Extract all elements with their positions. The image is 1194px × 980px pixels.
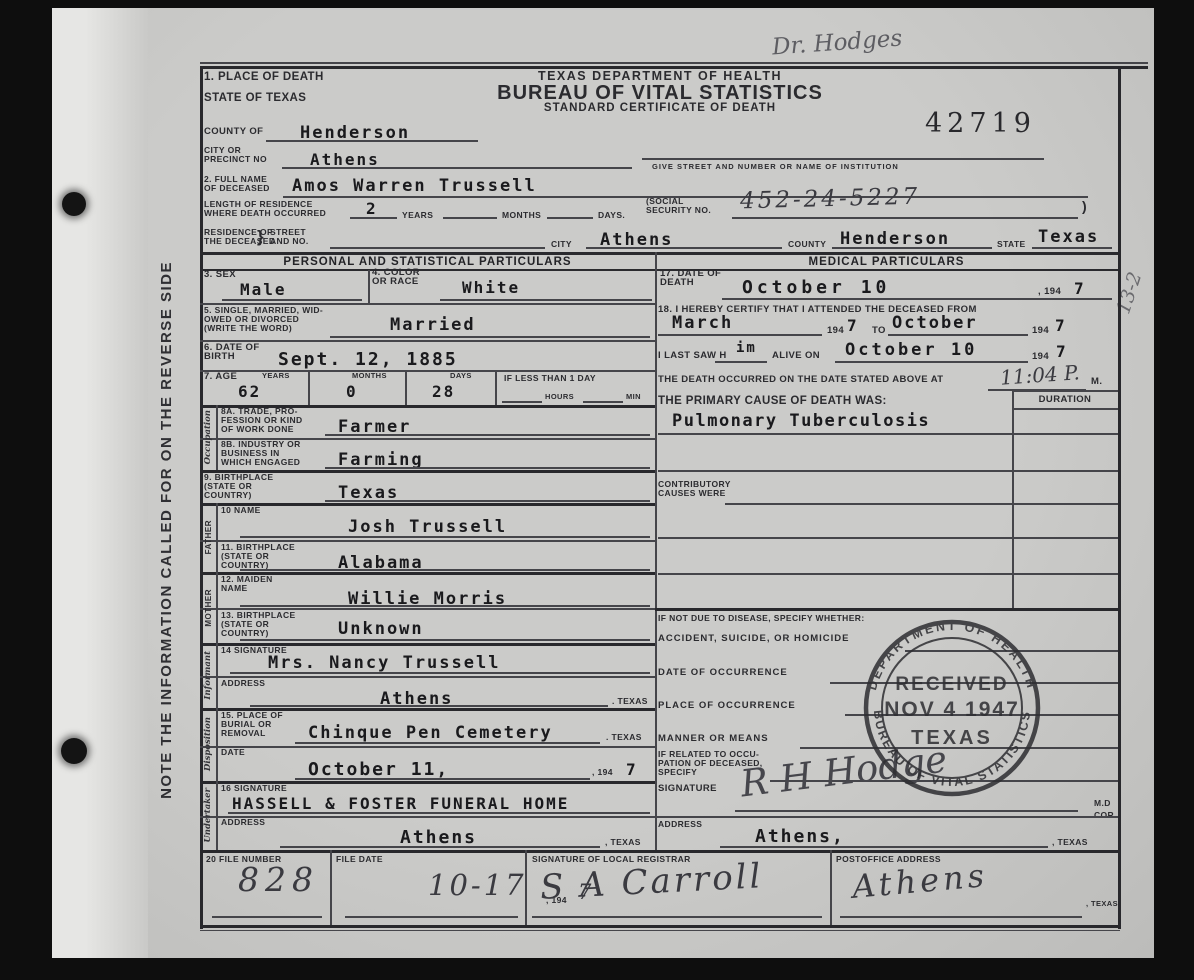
stamp-arc-bottom-text: BUREAU OF VITAL STATISTICS — [871, 709, 1033, 789]
city-value: Athens — [310, 150, 380, 169]
file-number-line — [212, 916, 322, 918]
months-line — [443, 217, 497, 219]
undertaker-side-label: Undertaker — [200, 781, 216, 850]
age-months-value: 0 — [346, 382, 358, 401]
residence-length-label2: WHERE DEATH OCCURRED — [204, 209, 326, 219]
place-occurrence-label: PLACE OF OCCURRENCE — [658, 701, 796, 712]
undertaker-address-texas: , TEXAS — [605, 838, 641, 848]
age-days-label: DAYS — [450, 372, 472, 381]
physician-signature-line — [735, 810, 1078, 812]
years-line — [350, 217, 397, 219]
race-label2: OR RACE — [372, 277, 419, 288]
attended-to-line — [888, 334, 1028, 336]
reverse-side-note-text: NOTE THE INFORMATION CALLED FOR ON THE R… — [158, 261, 175, 799]
md-label: M.D — [1094, 799, 1111, 809]
contributory-label2: CAUSES WERE — [658, 489, 726, 499]
punch-hole-top — [62, 192, 86, 216]
place-of-death-label: 1. PLACE OF DEATH — [204, 71, 324, 84]
physician-signature-label: SIGNATURE — [658, 784, 717, 795]
age-label: 7. AGE — [204, 372, 237, 383]
physician-address-top-line — [655, 816, 1118, 818]
informant-signature-value: Mrs. Nancy Trussell — [268, 653, 500, 673]
dob-label2: BIRTH — [204, 352, 235, 363]
attended-from-line — [658, 334, 822, 336]
father-name-line — [240, 536, 650, 538]
form-right-border — [1118, 66, 1121, 929]
state-value: Texas — [1038, 227, 1099, 247]
alive-on-label: ALIVE ON — [772, 351, 820, 362]
last-saw-label: I LAST SAW H — [658, 351, 727, 362]
attended-from-value: March — [672, 313, 733, 333]
from-year-typed: 7 — [847, 316, 859, 335]
cause-line-2 — [658, 470, 1118, 472]
manner-means-label: MANNER OR MEANS — [658, 734, 769, 745]
county-of-label: COUNTY OF — [204, 127, 263, 138]
occupation-related-label3: SPECIFY — [658, 768, 697, 778]
row-line — [200, 340, 655, 342]
sex-race-divider — [368, 270, 370, 303]
undertaker-signature-value: HASSELL & FOSTER FUNERAL HOME — [232, 794, 569, 813]
undertaker-signature-label: 16 SIGNATURE — [221, 784, 287, 794]
mother-birthplace-label3: COUNTRY) — [221, 629, 269, 639]
hours-label: HOURS — [545, 393, 574, 402]
burial-label3: REMOVAL — [221, 729, 266, 739]
date-of-death-year-typed: 7 — [1074, 279, 1086, 298]
last-saw-date-line — [835, 361, 1028, 363]
burial-date-value: October 11, — [308, 759, 449, 780]
occupation-side-label: Occupation — [200, 405, 216, 470]
stamp-date-text: NOV 4 1947 — [884, 698, 1020, 721]
physician-address-label: ADDRESS — [658, 820, 702, 830]
trade-label3: OF WORK DONE — [221, 425, 294, 435]
marital-value: Married — [390, 315, 476, 335]
date-of-death-label2: DEATH — [660, 278, 694, 289]
burial-texas: . TEXAS — [606, 733, 642, 743]
undertaker-address-value: Athens — [400, 827, 477, 848]
trade-line — [325, 434, 650, 436]
institution-hint: GIVE STREET AND NUMBER OR NAME OF INSTIT… — [652, 163, 899, 172]
city2-label: CITY — [551, 240, 572, 250]
min-line — [583, 401, 623, 403]
residence-years-value: 2 — [366, 199, 378, 218]
mother-birthplace-value: Unknown — [338, 619, 424, 639]
primary-cause-label: THE PRIMARY CAUSE OF DEATH WAS: — [658, 395, 887, 408]
industry-line — [325, 467, 650, 469]
registrar-line — [532, 916, 822, 918]
race-line — [440, 299, 652, 301]
file-date-label: FILE DATE — [336, 855, 383, 865]
age-divider-3 — [495, 370, 497, 405]
to-year-printed: 194 — [1032, 326, 1049, 337]
postoffice-texas: , TEXAS — [1086, 900, 1118, 909]
street-line — [330, 247, 545, 249]
precinct-no-label: PRECINCT NO — [204, 155, 267, 165]
date-of-death-value: October 10 — [742, 277, 890, 298]
to-label: TO — [872, 326, 886, 337]
burial-date-year-printed: , 194 — [592, 768, 613, 778]
group-line — [200, 503, 655, 506]
months-label: MONTHS — [502, 211, 541, 221]
primary-cause-value: Pulmonary Tuberculosis — [672, 411, 930, 431]
stamp-received-text: RECEIVED — [895, 674, 1008, 695]
sex-line — [222, 299, 362, 301]
marital-label3: (WRITE THE WORD) — [204, 324, 292, 334]
maiden-line — [240, 605, 650, 607]
duration-box-top — [1012, 390, 1118, 392]
informant-side-label: Informant — [200, 643, 216, 708]
physician-address-value: Athens, — [755, 826, 845, 847]
certificate-number: 42719 — [925, 108, 1036, 139]
min-label: MIN — [626, 393, 641, 402]
cause-line-3 — [725, 503, 1118, 505]
scanned-death-certificate: NOTE THE INFORMATION CALLED FOR ON THE R… — [0, 0, 1194, 980]
duration-label-underline — [1012, 408, 1118, 410]
street-label2: AND NO. — [270, 237, 309, 247]
to-year-typed: 7 — [1055, 316, 1067, 335]
informant-signature-line — [230, 672, 650, 674]
city2-line — [586, 247, 782, 249]
state-of-texas-label: STATE OF TEXAS — [204, 92, 306, 105]
full-name-line — [283, 196, 1088, 198]
informant-address-label: ADDRESS — [221, 679, 265, 689]
side-strip-divider-occupation — [216, 405, 218, 470]
birthplace-label3: COUNTRY) — [204, 491, 252, 501]
birthplace-line — [325, 500, 650, 502]
age-divider-2 — [405, 370, 407, 405]
row-line — [200, 676, 655, 678]
side-strip-divider-groups — [216, 503, 218, 850]
accident-label: ACCIDENT, SUICIDE, OR HOMICIDE — [658, 634, 850, 645]
footer-top-line — [200, 850, 1118, 853]
form-bottom-line-inner — [200, 930, 1120, 932]
ssn-handwriting: 452-24-5227 — [740, 184, 921, 215]
ssn-line — [732, 217, 1078, 219]
full-name-value: Amos Warren Trussell — [292, 176, 537, 196]
file-date-line — [345, 916, 518, 918]
death-time-label: THE DEATH OCCURRED ON THE DATE STATED AB… — [658, 375, 943, 386]
physician-address-line — [720, 846, 1048, 848]
cause-line-4 — [658, 537, 1118, 539]
mother-side-label: MOTHER — [200, 572, 216, 643]
duration-label: DURATION — [1012, 395, 1118, 406]
years-label: YEARS — [402, 211, 433, 221]
received-stamp: DEPARTMENT OF HEALTH BUREAU OF VITAL STA… — [852, 608, 1052, 808]
age-months-label: MONTHS — [352, 372, 387, 381]
row-line — [200, 816, 655, 818]
last-saw-year-printed: 194 — [1032, 352, 1049, 363]
last-saw-date-value: October 10 — [845, 340, 977, 360]
undertaker-address-label: ADDRESS — [221, 818, 265, 828]
standard-title: STANDARD CERTIFICATE OF DEATH — [400, 102, 920, 115]
footer-divider-1 — [330, 850, 332, 925]
institution-line — [642, 158, 1044, 160]
days-line — [547, 217, 593, 219]
file-number-handwriting: 828 — [238, 860, 319, 899]
father-name-label: 10 NAME — [221, 506, 261, 516]
county-value: Henderson — [300, 123, 410, 143]
last-saw-him-typed: im — [736, 340, 757, 356]
burial-date-year-typed: 7 — [626, 760, 638, 779]
disposition-side-label: Disposition — [200, 708, 216, 781]
duration-box-left — [1012, 390, 1014, 608]
less-than-day-label: IF LESS THAN 1 DAY — [504, 374, 596, 384]
scan-edge-strip — [52, 8, 148, 958]
father-name-value: Josh Trussell — [348, 517, 507, 537]
age-days-value: 28 — [432, 382, 455, 401]
residence-of-label2: THE DECEASED — [204, 237, 275, 247]
file-date-handwriting: 10-17 — [428, 868, 527, 902]
burial-date-line — [295, 778, 590, 780]
form-bottom-line-outer — [200, 925, 1120, 928]
if-not-disease-label: IF NOT DUE TO DISEASE, SPECIFY WHETHER: — [658, 614, 865, 624]
date-of-death-year-printed: , 194 — [1038, 287, 1061, 298]
sex-label: 3. SEX — [204, 270, 236, 281]
residence-brace: } — [257, 227, 264, 247]
postoffice-line — [840, 916, 1082, 918]
date-occurrence-label: DATE OF OCCURRENCE — [658, 668, 788, 679]
ssn-close-paren: ) — [1082, 198, 1087, 214]
medical-banner: MEDICAL PARTICULARS — [655, 252, 1118, 271]
father-side-label: FATHER — [200, 503, 216, 572]
personal-banner: PERSONAL AND STATISTICAL PARTICULARS — [200, 252, 655, 271]
burial-place-value: Chinque Pen Cemetery — [308, 723, 553, 743]
informant-address-line — [250, 705, 608, 707]
last-saw-him-line — [715, 361, 767, 363]
county2-value: Henderson — [840, 229, 950, 249]
hours-line — [502, 401, 542, 403]
county2-line — [832, 247, 992, 249]
cause-line-5 — [658, 573, 1118, 575]
date-of-death-line — [722, 298, 1112, 300]
ssn-label2: SECURITY NO. — [646, 206, 711, 216]
age-years-value: 62 — [238, 382, 261, 401]
industry-label3: WHICH ENGAGED — [221, 458, 300, 468]
cause-line-1 — [658, 433, 1118, 435]
burial-place-line — [295, 742, 600, 744]
form-top-line-outer — [200, 62, 1148, 64]
column-divider — [655, 252, 657, 850]
days-label: DAYS. — [598, 211, 625, 221]
row-line — [200, 746, 655, 748]
stamp-texas-text: TEXAS — [911, 727, 993, 749]
undertaker-signature-line — [228, 812, 650, 814]
from-year-printed: 194 — [827, 326, 844, 337]
physician-address-texas: , TEXAS — [1052, 838, 1088, 848]
burial-date-label: DATE — [221, 748, 245, 758]
age-years-label: YEARS — [262, 372, 290, 381]
age-divider-1 — [308, 370, 310, 405]
informant-address-texas: . TEXAS — [612, 697, 648, 707]
last-saw-year-typed: 7 — [1056, 342, 1068, 361]
reverse-side-note: NOTE THE INFORMATION CALLED FOR ON THE R… — [152, 225, 180, 835]
footer-divider-3 — [830, 850, 832, 925]
mother-birthplace-line — [240, 639, 650, 641]
race-value: White — [462, 278, 520, 297]
death-time-m-label: M. — [1091, 377, 1102, 388]
attended-to-value: October — [892, 313, 978, 333]
full-name-label2: OF DECEASED — [204, 184, 270, 194]
dob-value: Sept. 12, 1885 — [278, 349, 458, 370]
sex-value: Male — [240, 280, 287, 299]
father-birthplace-line — [240, 569, 650, 571]
state-line — [1032, 247, 1112, 249]
punch-hole-bottom — [61, 738, 87, 764]
county2-label: COUNTY — [788, 240, 826, 250]
state-label: STATE — [997, 240, 1026, 250]
marital-line — [330, 336, 650, 338]
maiden-label2: NAME — [221, 584, 248, 594]
undertaker-address-line — [280, 846, 600, 848]
